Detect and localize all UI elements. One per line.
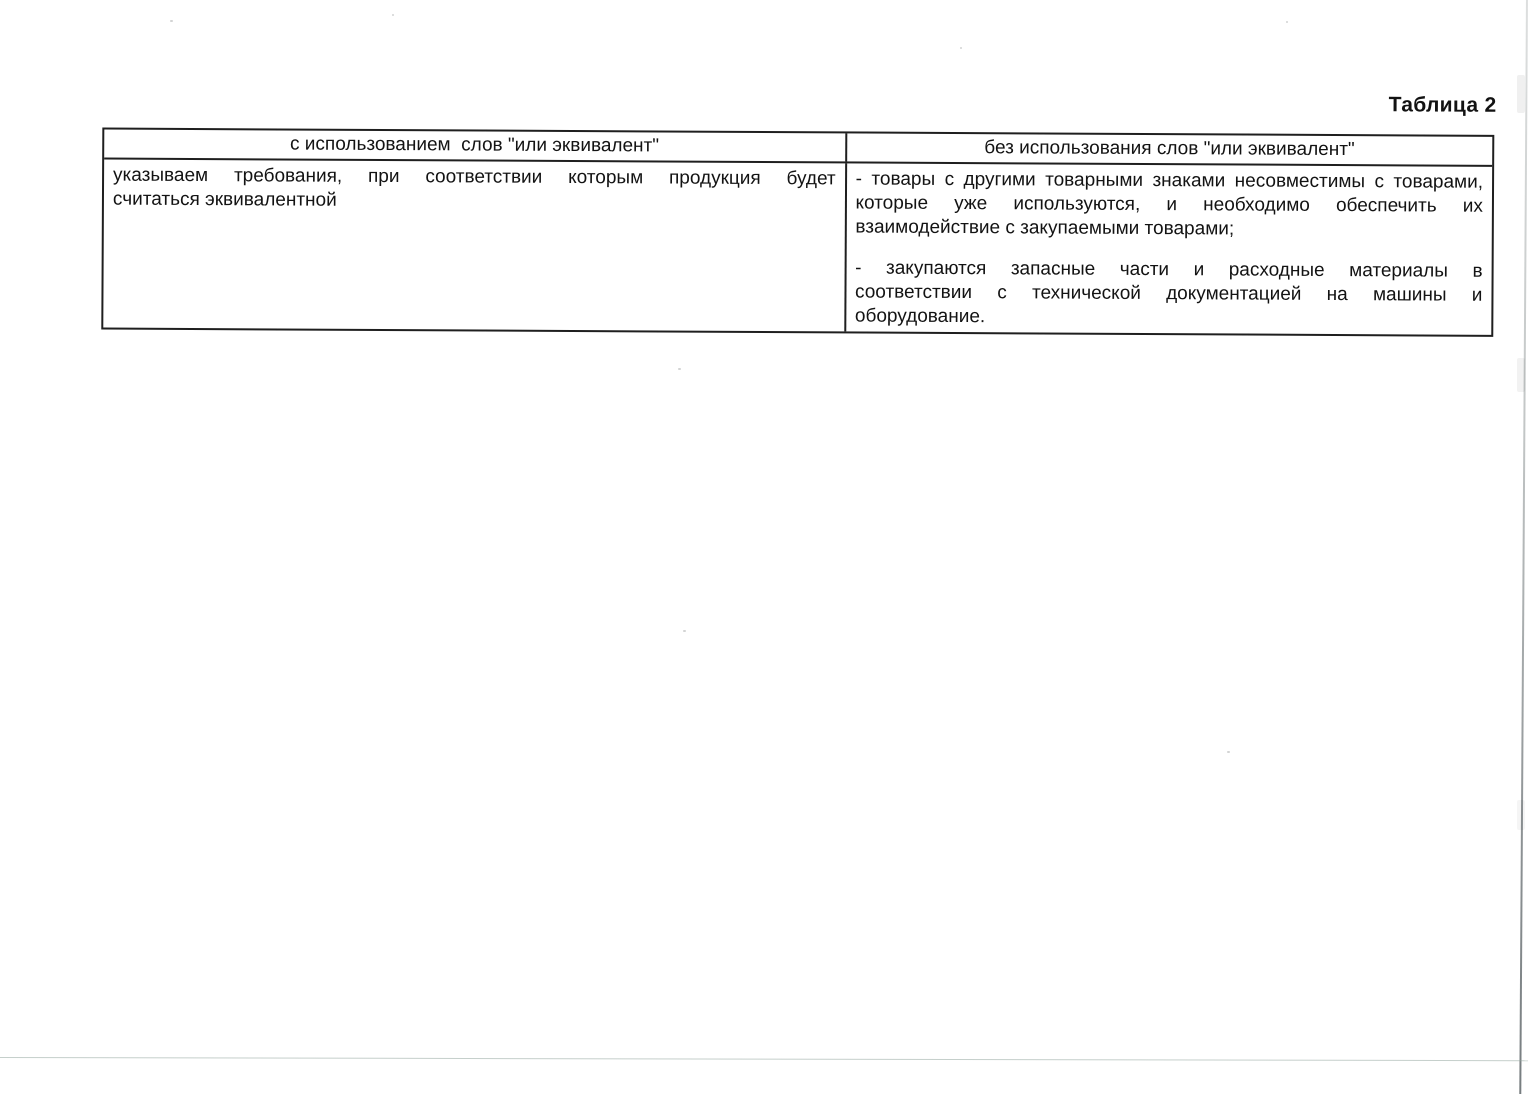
scanner-edge-artifact xyxy=(1517,75,1525,113)
cell-without-equivalent: - товары с другими товарными знаками нес… xyxy=(846,163,1492,334)
scan-speck xyxy=(1286,21,1288,23)
scan-speck xyxy=(960,47,962,49)
scan-speck xyxy=(170,20,173,22)
column-header-with-equivalent: с использованием слов "или эквивалент" xyxy=(104,130,847,162)
table-body-row: указываем требования, при соответствии к… xyxy=(103,160,1492,335)
scanner-edge-artifact xyxy=(1517,358,1525,392)
reason-spare-parts: - закупаются запасные части и расходные … xyxy=(855,256,1483,331)
text-line: - товары с другими товарными знаками нес… xyxy=(856,167,1484,194)
scan-speck xyxy=(683,630,686,632)
scan-speck xyxy=(392,14,394,16)
scan-speck xyxy=(678,368,681,370)
text-line: которые уже используются, и необходимо о… xyxy=(855,191,1483,218)
text-line: взаимодействие с закупаемыми товарами; xyxy=(855,215,1483,242)
text-line: - закупаются запасные части и расходные … xyxy=(855,256,1483,283)
text-line: соответствии с технической документацией… xyxy=(855,280,1483,307)
cell-with-equivalent: указываем требования, при соответствии к… xyxy=(103,160,846,332)
text-line: считаться эквивалентной xyxy=(113,188,836,216)
table-caption: Таблица 2 xyxy=(1389,93,1497,118)
scan-speck xyxy=(1227,751,1230,753)
column-header-without-equivalent: без использования слов "или эквивалент" xyxy=(847,133,1493,164)
scanner-edge-artifact xyxy=(1517,800,1525,830)
scanned-document-page: Таблица 2 с использованием слов "или экв… xyxy=(0,0,1528,1080)
equivalent-words-table: с использованием слов "или эквивалент" б… xyxy=(101,128,1494,337)
reason-incompatible-goods: - товары с другими товарными знаками нес… xyxy=(855,167,1483,242)
text-line: оборудование. xyxy=(855,304,1483,331)
